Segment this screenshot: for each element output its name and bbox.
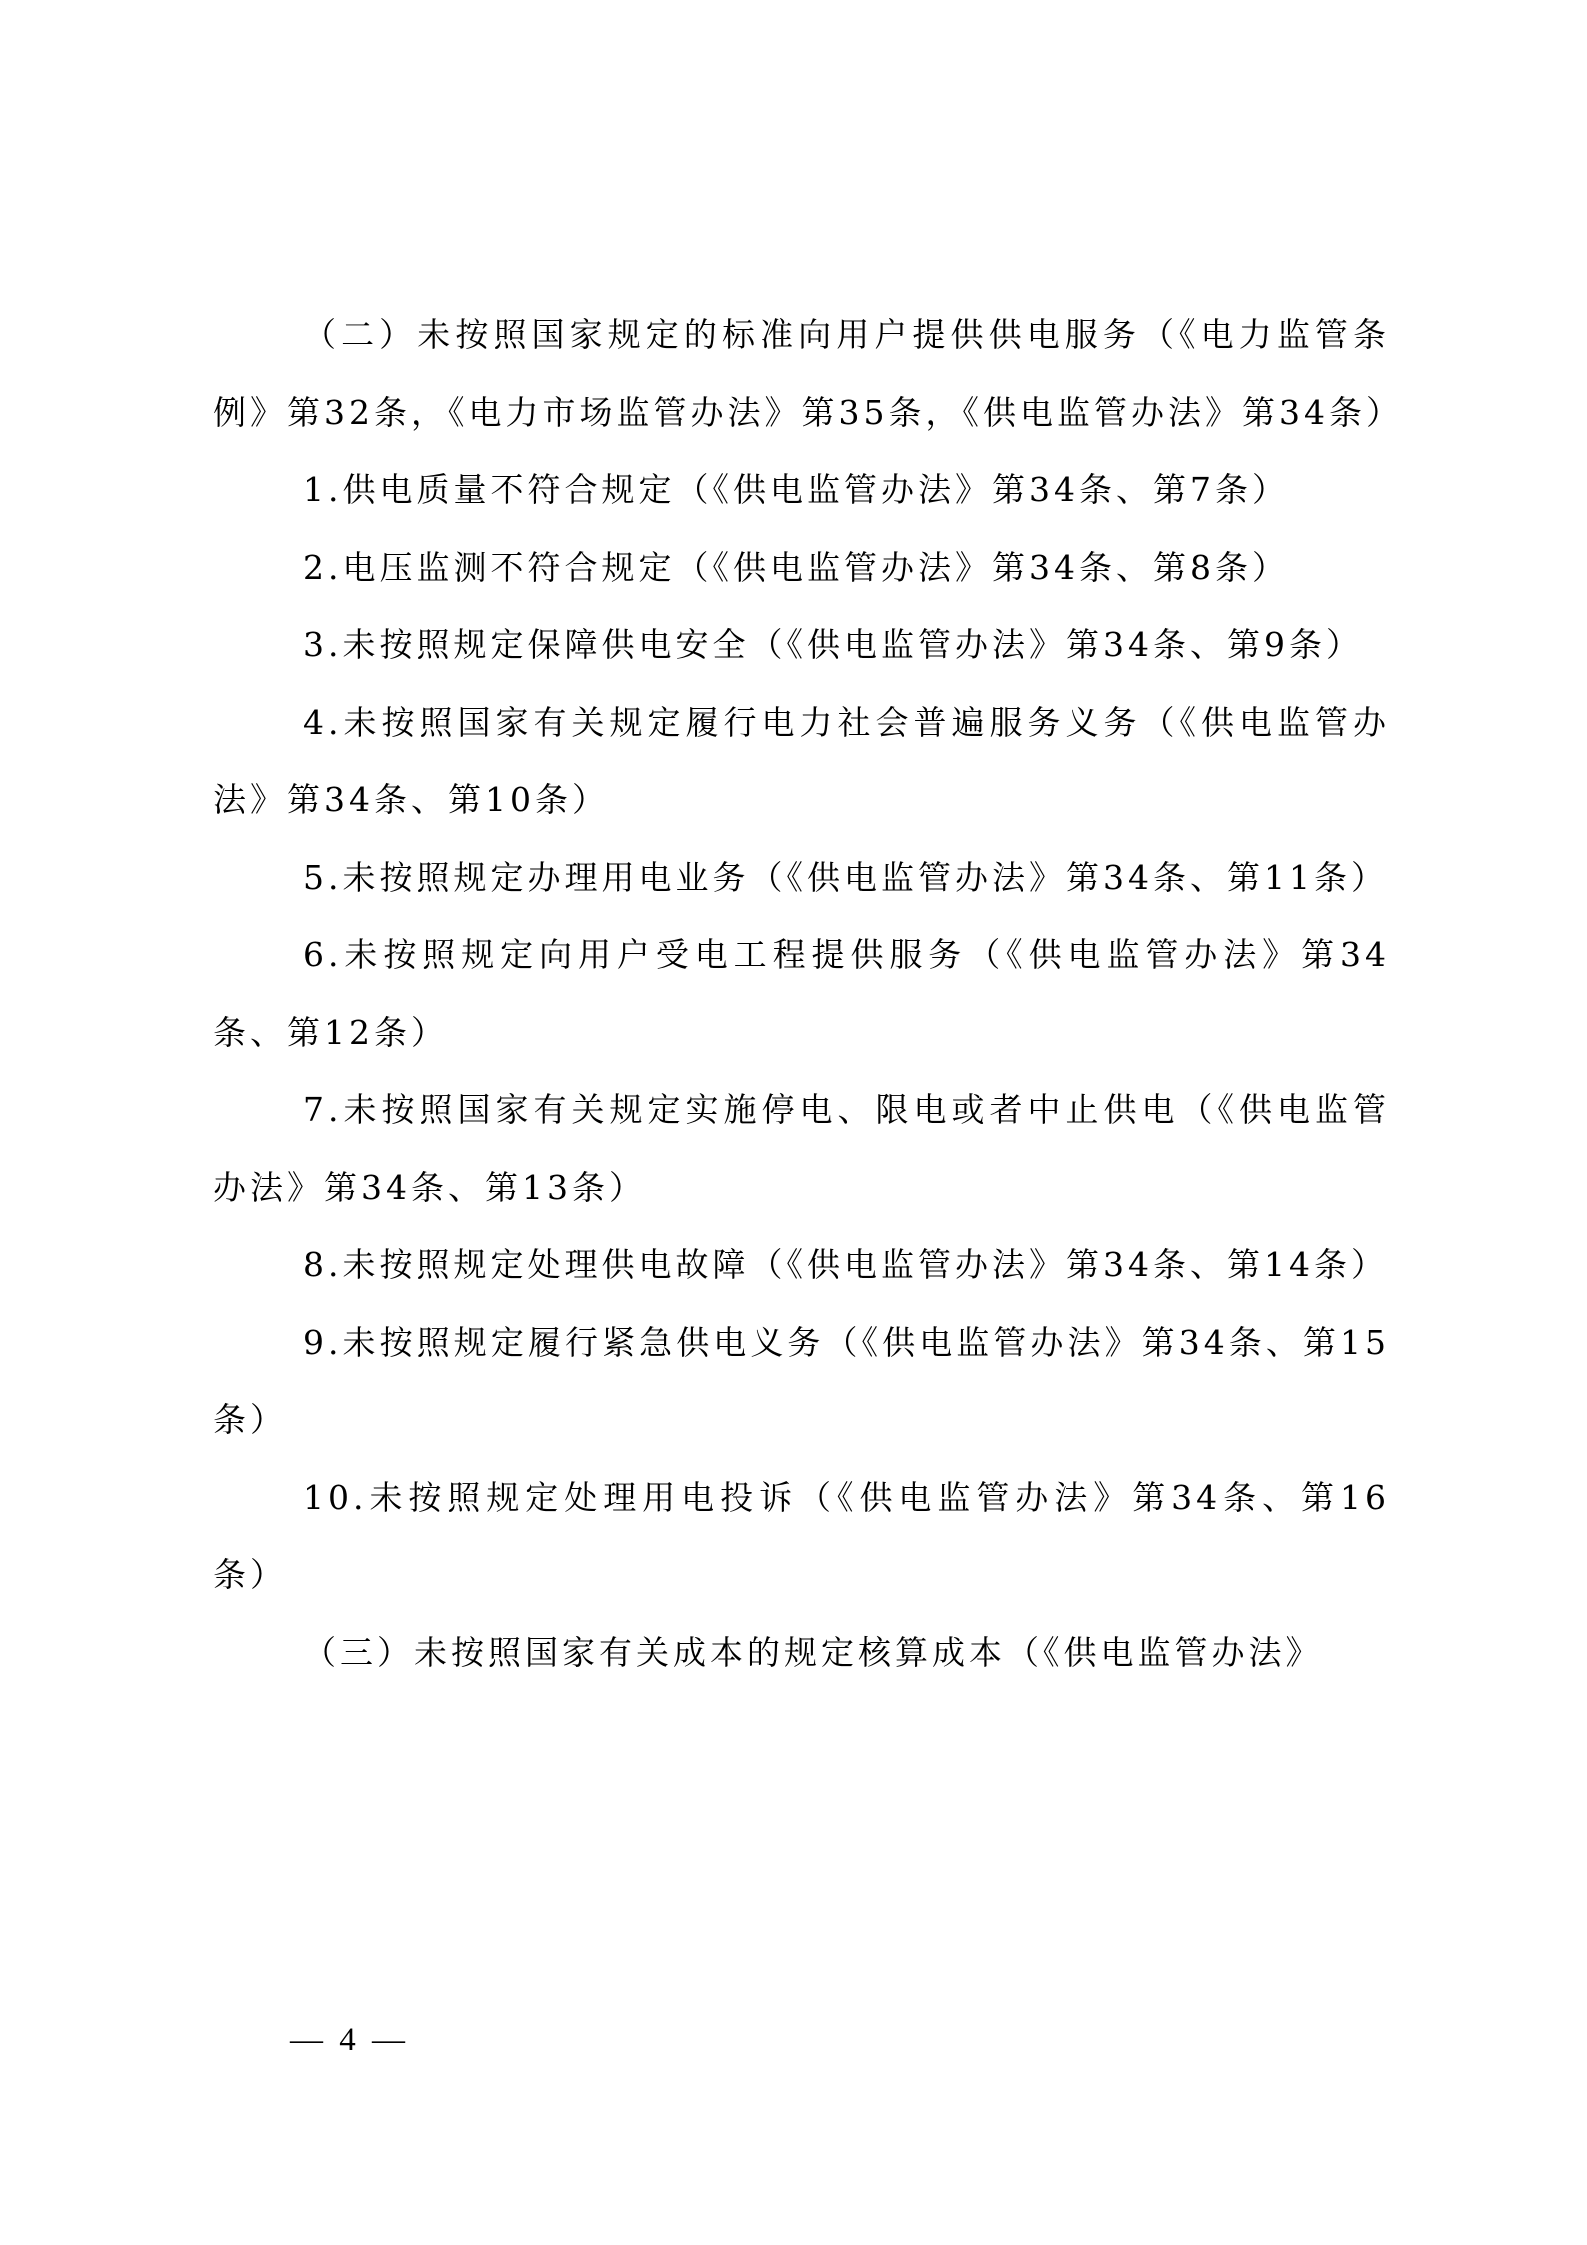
list-item-6: 6.未按照规定向用户受电工程提供服务（《供电监管办法》第34条、第12条）: [213, 916, 1390, 1071]
list-item-3: 3.未按照规定保障供电安全（《供电监管办法》第34条、第9条）: [213, 606, 1390, 684]
list-item-5: 5.未按照规定办理用电业务（《供电监管办法》第34条、第11条）: [213, 839, 1390, 917]
section-heading-2: （二）未按照国家规定的标准向用户提供供电服务（《电力监管条例》第32条，《电力市…: [213, 296, 1390, 451]
list-item-1: 1.供电质量不符合规定（《供电监管办法》第34条、第7条）: [213, 451, 1390, 529]
document-body: （二）未按照国家规定的标准向用户提供供电服务（《电力监管条例》第32条，《电力市…: [213, 296, 1390, 1691]
list-item-10: 10.未按照规定处理用电投诉（《供电监管办法》第34条、第16条）: [213, 1459, 1390, 1614]
list-item-2: 2.电压监测不符合规定（《供电监管办法》第34条、第8条）: [213, 529, 1390, 607]
page-number: — 4 —: [290, 2022, 409, 2059]
list-item-9: 9.未按照规定履行紧急供电义务（《供电监管办法》第34条、第15条）: [213, 1304, 1390, 1459]
list-item-7: 7.未按照国家有关规定实施停电、限电或者中止供电（《供电监管办法》第34条、第1…: [213, 1071, 1390, 1226]
list-item-8: 8.未按照规定处理供电故障（《供电监管办法》第34条、第14条）: [213, 1226, 1390, 1304]
section-heading-3: （三）未按照国家有关成本的规定核算成本（《供电监管办法》: [213, 1614, 1390, 1692]
list-item-4: 4.未按照国家有关规定履行电力社会普遍服务义务（《供电监管办法》第34条、第10…: [213, 684, 1390, 839]
